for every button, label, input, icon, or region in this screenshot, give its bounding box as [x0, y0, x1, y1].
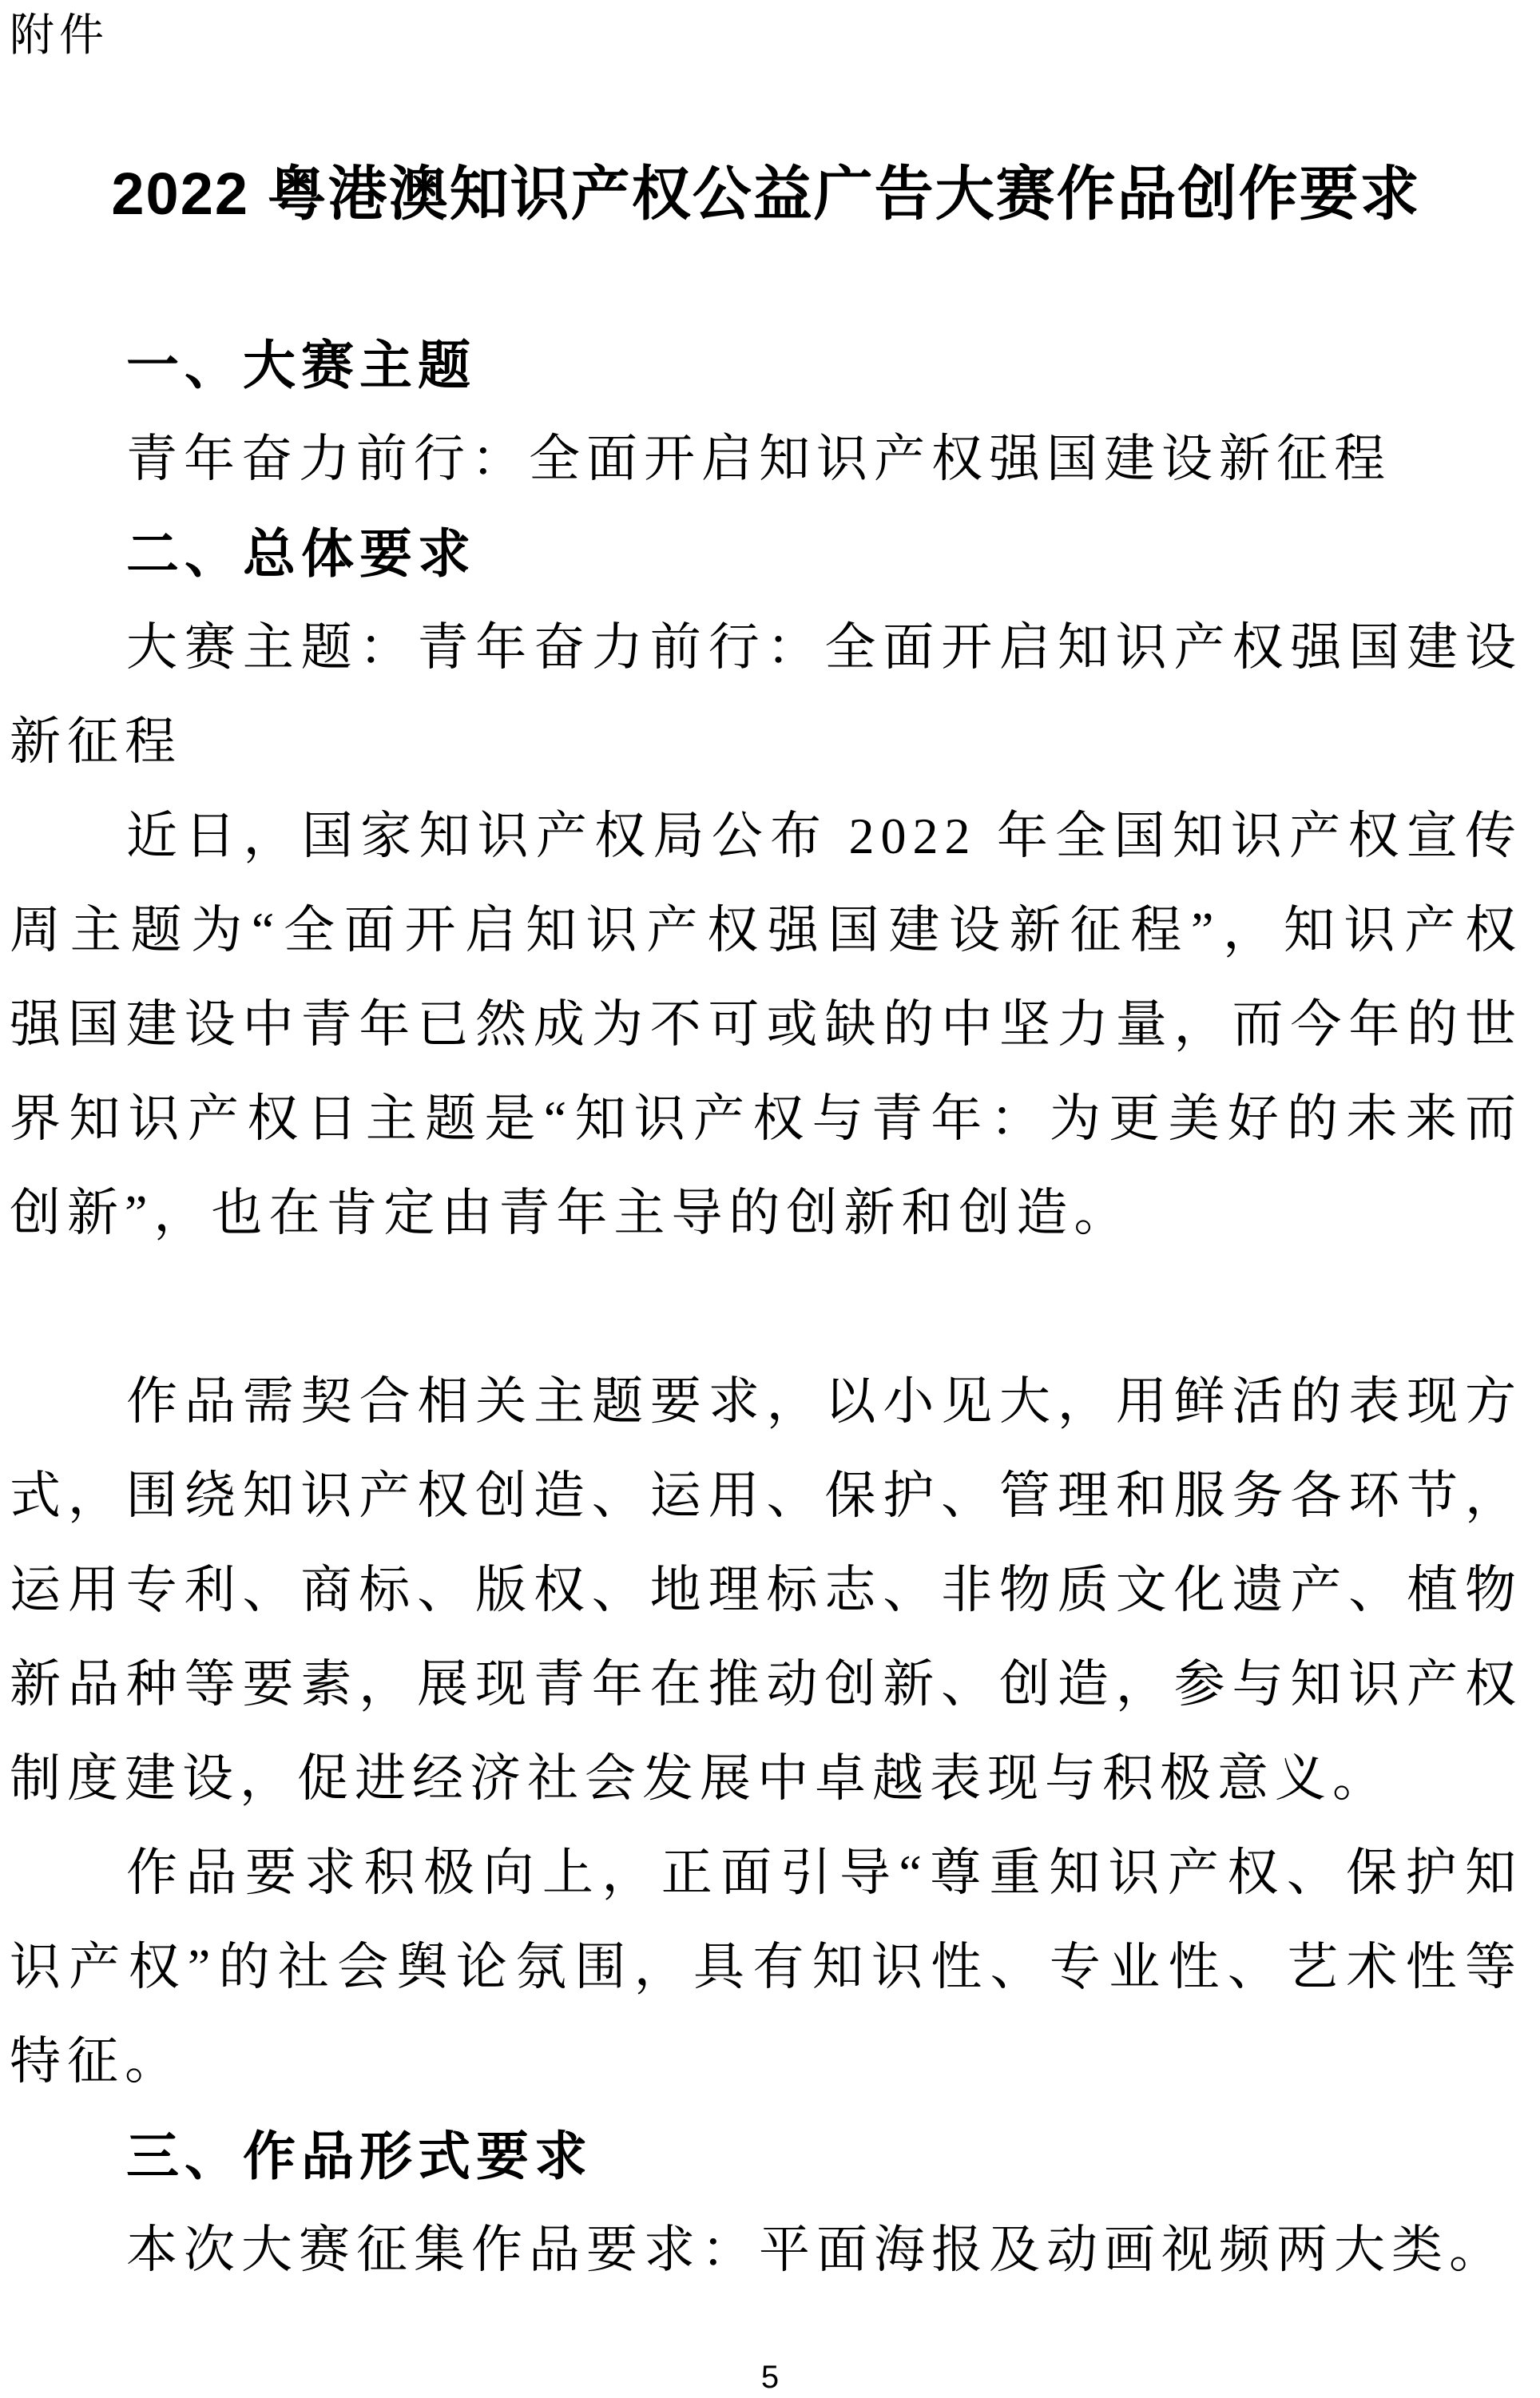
- body-line: 强国建设中青年已然成为不可或缺的中坚力量，而今年的世: [10, 978, 1522, 1072]
- blank-line: [10, 1261, 1522, 1355]
- body-line: 周主题为“全面开启知识产权强国建设新征程”，知识产权: [10, 883, 1522, 978]
- section-heading-2: 二、总体要求: [10, 506, 1522, 601]
- body-line: 本次大赛征集作品要求：平面海报及动画视频两大类。: [10, 2203, 1522, 2297]
- document-content: 附件 2022 粤港澳知识产权公益广告大赛作品创作要求 一、大赛主题 青年奋力前…: [0, 0, 1540, 2297]
- document-title: 2022 粤港澳知识产权公益广告大赛作品创作要求: [10, 147, 1522, 241]
- section-heading-3: 三、作品形式要求: [10, 2109, 1522, 2203]
- attachment-label: 附件: [10, 3, 1522, 67]
- body-line: 新品种等要素，展现青年在推动创新、创造，参与知识产权: [10, 1638, 1522, 1732]
- section-heading-1: 一、大赛主题: [10, 318, 1522, 412]
- body-line: 式，围绕知识产权创造、运用、保护、管理和服务各环节，: [10, 1449, 1522, 1543]
- body-line: 特征。: [10, 2015, 1522, 2109]
- body-line: 界知识产权日主题是“知识产权与青年：为更美好的未来而: [10, 1072, 1522, 1166]
- body-line: 作品需契合相关主题要求，以小见大，用鲜活的表现方: [10, 1355, 1522, 1449]
- body-line: 作品要求积极向上，正面引导“尊重知识产权、保护知: [10, 1826, 1522, 1920]
- document-page: 附件 2022 粤港澳知识产权公益广告大赛作品创作要求 一、大赛主题 青年奋力前…: [0, 0, 1540, 2398]
- body-line: 青年奋力前行：全面开启知识产权强国建设新征程: [10, 412, 1522, 506]
- body-line: 运用专利、商标、版权、地理标志、非物质文化遗产、植物: [10, 1543, 1522, 1638]
- body-line: 创新”，也在肯定由青年主导的创新和创造。: [10, 1166, 1522, 1261]
- body-line: 近日，国家知识产权局公布 2022 年全国知识产权宣传: [10, 789, 1522, 883]
- body-line: 大赛主题：青年奋力前行：全面开启知识产权强国建设: [10, 601, 1522, 695]
- body-line: 新征程: [10, 695, 1522, 789]
- page-number: 5: [0, 2360, 1540, 2395]
- body-line: 识产权”的社会舆论氛围，具有知识性、专业性、艺术性等: [10, 1920, 1522, 2015]
- body-line: 制度建设，促进经济社会发展中卓越表现与积极意义。: [10, 1732, 1522, 1826]
